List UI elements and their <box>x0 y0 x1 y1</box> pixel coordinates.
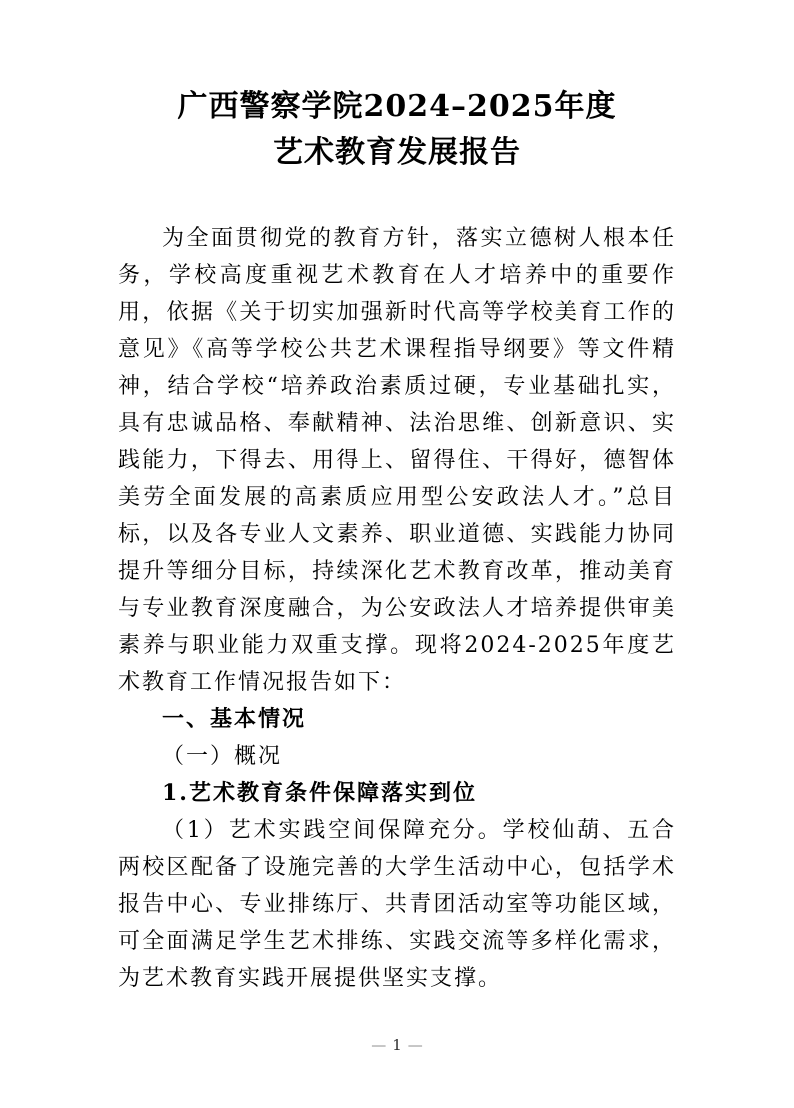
title-line-1: 广西警察学院2024–2025年度 <box>118 84 676 130</box>
footer-dash-right: — <box>402 1036 429 1054</box>
footer-dash-left: — <box>365 1036 392 1054</box>
point-heading: 1.艺术教育条件保障落实到位 <box>118 775 676 812</box>
document-page: 广西警察学院2024–2025年度 艺术教育发展报告 为全面贯彻党的教育方针，落… <box>0 0 794 1108</box>
page-number: 1 <box>392 1036 402 1054</box>
section-heading: 一、基本情况 <box>118 701 676 738</box>
title-line-2: 艺术教育发展报告 <box>118 130 676 176</box>
subsection-heading: （一）概况 <box>118 738 676 775</box>
point-paragraph: （1）艺术实践空间保障充分。学校仙葫、五合两校区配备了设施完善的大学生活动中心，… <box>118 812 676 997</box>
page-footer: —1— <box>0 1036 794 1054</box>
document-title: 广西警察学院2024–2025年度 艺术教育发展报告 <box>118 84 676 176</box>
document-body: 为全面贯彻党的教育方针，落实立德树人根本任务，学校高度重视艺术教育在人才培养中的… <box>118 220 676 997</box>
intro-paragraph: 为全面贯彻党的教育方针，落实立德树人根本任务，学校高度重视艺术教育在人才培养中的… <box>118 220 676 701</box>
